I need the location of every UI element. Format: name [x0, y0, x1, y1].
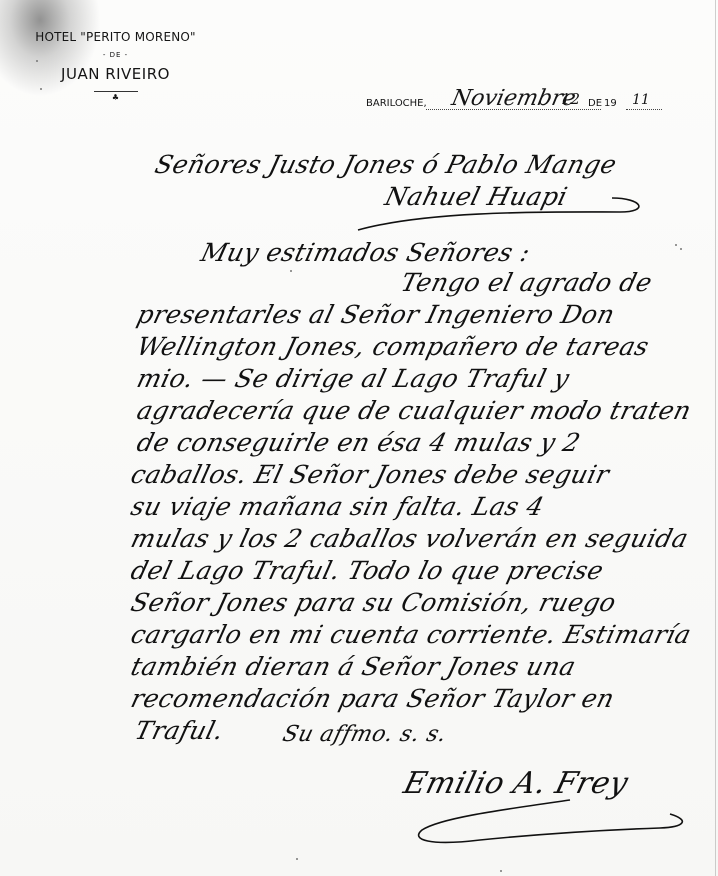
letterhead: HOTEL "PERITO MORENO" - DE - JUAN RIVEIR… [28, 30, 203, 102]
body-line-12: cargarlo en mi cuenta corriente. Estimar… [128, 620, 694, 649]
year-dotted-line [626, 109, 662, 110]
body-line-6: de conseguirle en ésa 4 mulas y 2 [134, 428, 583, 457]
body-line-10: del Lago Traful. Todo lo que precise [128, 556, 607, 585]
closing: Su affmo. s. s. [280, 722, 449, 747]
letterhead-de: - DE - [28, 51, 203, 59]
body-line-4: mio. — Se dirige al Lago Traful y [134, 364, 572, 393]
ornament-icon: ♣ [28, 93, 203, 102]
addressee-line-2: Nahuel Huapi [382, 182, 571, 211]
body-line-11: Señor Jones para su Comisión, ruego [128, 588, 619, 617]
body-line-3: Wellington Jones, compañero de tareas [134, 332, 652, 361]
body-line-2: presentarles al Señor Ingeniero Don [134, 300, 618, 329]
dateline: BARILOCHE, Noviembre 12 DE 19 11 [366, 88, 706, 112]
date-year-prefix: 19 [604, 98, 617, 109]
salutation: Muy estimados Señores : [198, 238, 533, 267]
date-year-suffix: 11 [632, 92, 650, 108]
body-line-9: mulas y los 2 caballos volverán en segui… [128, 524, 691, 553]
body-line-7: caballos. El Señor Jones debe seguir [128, 460, 612, 489]
place-label: BARILOCHE, [366, 98, 427, 109]
letterhead-rule [94, 91, 138, 92]
body-line-15: Traful. [132, 716, 227, 745]
body-line-8: su viaje mañana sin falta. Las 4 [128, 492, 547, 521]
body-line-14: recomendación para Señor Taylor en [128, 684, 618, 713]
date-de-label: DE [588, 98, 602, 109]
letter-page: HOTEL "PERITO MORENO" - DE - JUAN RIVEIR… [0, 0, 718, 876]
body-line-5: agradecería que de cualquier modo traten [134, 396, 694, 425]
hotel-name: HOTEL "PERITO MORENO" [28, 30, 203, 44]
date-day: 12 [561, 90, 580, 108]
body-line-13: también dieran á Señor Jones una [128, 652, 579, 681]
signature: Emilio A. Frey [400, 766, 632, 801]
body-line-1: Tengo el agrado de [398, 268, 655, 297]
proprietor-name: JUAN RIVEIRO [28, 65, 203, 83]
scan-edge [715, 0, 716, 876]
date-month: Noviembre [449, 86, 578, 111]
addressee-line-1: Señores Justo Jones ó Pablo Mange [152, 150, 620, 179]
